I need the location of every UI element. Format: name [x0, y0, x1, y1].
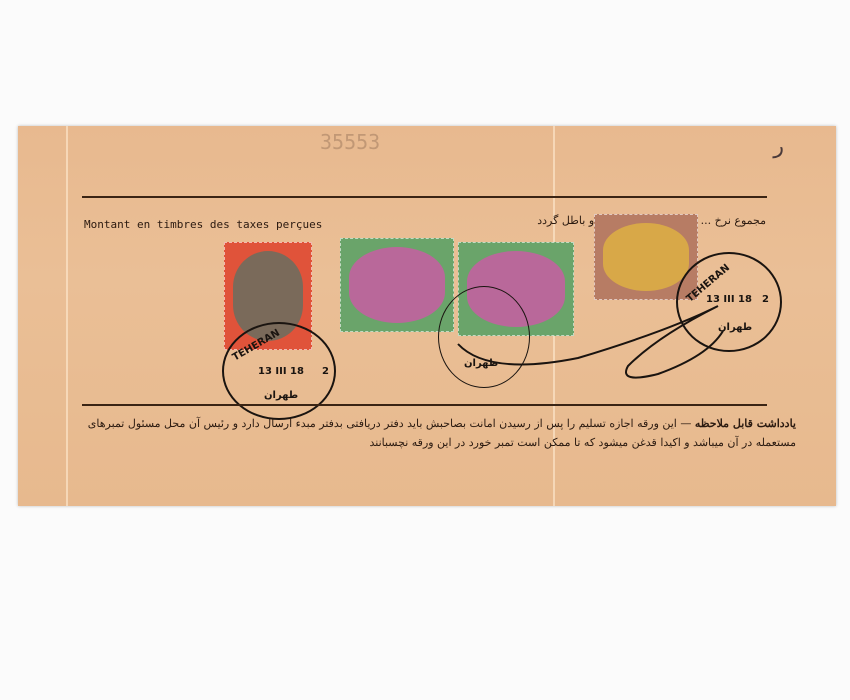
notice-text: یادداشت قابل ملاحظه — این ورقه اجازه تسل… [76, 414, 796, 452]
notice-body: — این ورقه اجازه تسلیم را پس از رسیدن ام… [88, 417, 796, 449]
bottom-rule [82, 404, 767, 406]
notice-title: یادداشت قابل ملاحظه [695, 417, 796, 430]
postal-form: 35553 ر Montant en timbres des taxes per… [18, 126, 836, 506]
